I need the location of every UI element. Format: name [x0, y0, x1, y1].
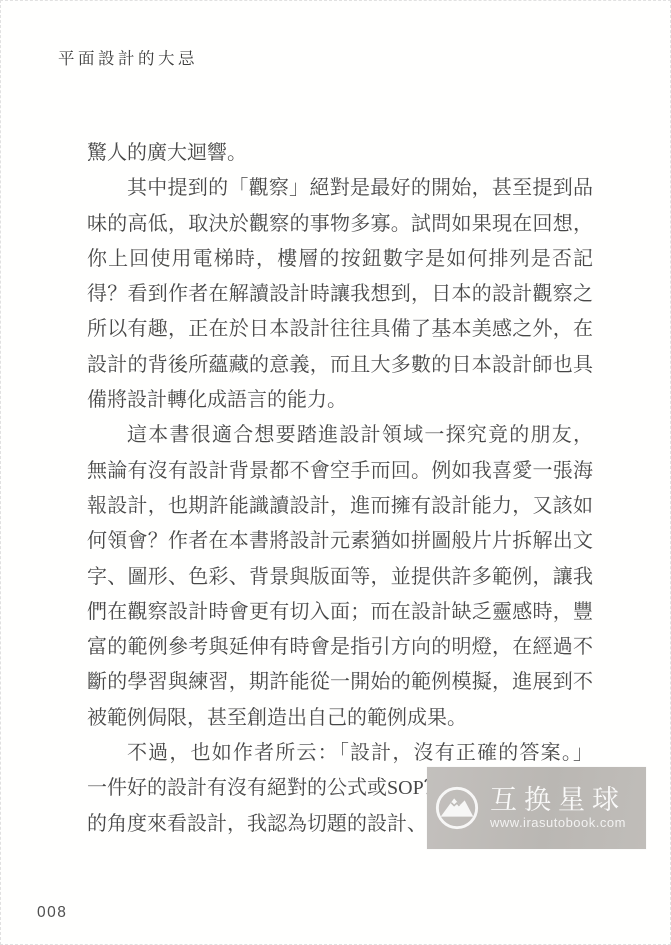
watermark-texts: 互换星球 www.irasutobook.com — [490, 786, 626, 830]
text-line: 斷的學習與練習，期許能從一開始的範例模擬，進展到不 — [87, 665, 593, 700]
text-line: 被範例侷限，甚至創造出自己的範例成果。 — [87, 701, 593, 736]
text-line: 這本書很適合想要踏進設計領域一探究竟的朋友， — [87, 418, 593, 453]
watermark-brand: 互换星球 — [490, 786, 626, 815]
page-number: 008 — [37, 904, 67, 922]
text-line: 備將設計轉化成語言的能力。 — [87, 383, 593, 418]
text-line: 味的高低，取決於觀察的事物多寡。試問如果現在回想， — [87, 207, 593, 242]
text-line: 無論有沒有設計背景都不會空手而回。例如我喜愛一張海 — [87, 454, 593, 489]
text-line: 設計的背後所蘊藏的意義，而且大多數的日本設計師也具 — [87, 348, 593, 383]
text-line: 所以有趣，正在於日本設計往往具備了基本美感之外，在 — [87, 312, 593, 347]
text-line: 你上回使用電梯時，樓層的按鈕數字是如何排列是否記 — [87, 242, 593, 277]
text-line: 其中提到的「觀察」絕對是最好的開始，甚至提到品 — [87, 171, 593, 206]
text-line: 何領會？作者在本書將設計元素猶如拼圖般片片拆解出文 — [87, 524, 593, 559]
book-page: 平面設計的大忌 驚人的廣大迴響。其中提到的「觀察」絕對是最好的開始，甚至提到品味… — [0, 0, 671, 945]
text-line: 驚人的廣大迴響。 — [87, 136, 593, 171]
text-line: 們在觀察設計時會更有切入面；而在設計缺乏靈感時，豐 — [87, 595, 593, 630]
watermark-badge: 互换星球 www.irasutobook.com — [427, 767, 646, 849]
text-line: 字、圖形、色彩、背景與版面等，並提供許多範例，讓我 — [87, 560, 593, 595]
text-column: 驚人的廣大迴響。其中提到的「觀察」絕對是最好的開始，甚至提到品味的高低，取決於觀… — [87, 136, 593, 842]
text-line: 得？看到作者在解讀設計時讓我想到，日本的設計觀察之 — [87, 277, 593, 312]
text-line: 富的範例參考與延伸有時會是指引方向的明燈，在經過不 — [87, 630, 593, 665]
mountain-logo-icon — [434, 785, 480, 831]
text-line: 報設計，也期許能識讀設計，進而擁有設計能力，又該如 — [87, 489, 593, 524]
running-header: 平面設計的大忌 — [58, 45, 198, 69]
watermark-url: www.irasutobook.com — [490, 815, 626, 830]
